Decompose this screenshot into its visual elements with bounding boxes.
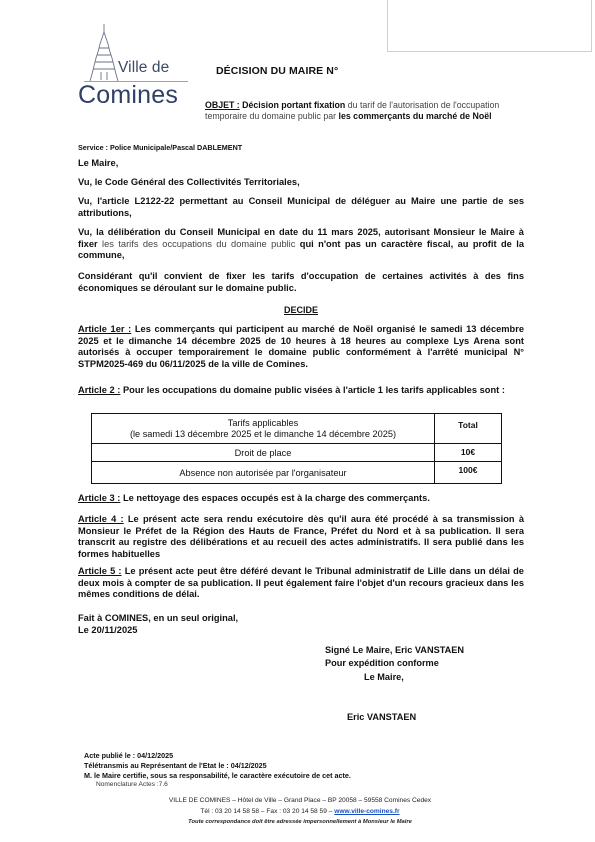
vu-deliberation-text-a: Vu, la délibération du Conseil Municipal… [78, 227, 317, 237]
article-1-label: Article 1er : [78, 324, 131, 334]
objet-label: OBJET : [205, 100, 240, 110]
footer-contact: Tél : 03 20 14 58 58 – Fax : 03 20 14 58… [100, 807, 500, 818]
signe-line: Signé Le Maire, Eric VANSTAEN [325, 644, 464, 657]
deliberation-date: 11 mars 2025 [317, 227, 378, 237]
teletransmission-date: Télétransmis au Représentant de l'Etat l… [84, 761, 351, 771]
ville-de-comines-logo: Ville de Comines [74, 22, 199, 108]
signature-block: Signé Le Maire, Eric VANSTAEN Pour expéd… [325, 644, 464, 684]
tarif-total: 100€ [435, 462, 502, 484]
tarif-total: 10€ [435, 444, 502, 462]
decide-heading: DECIDE [78, 305, 524, 315]
fait-text: Fait à COMINES, en un seul original, [78, 613, 238, 623]
logo-text-ville-de: Ville de [118, 59, 169, 77]
tarifs-header-line1: Tarifs applicables [92, 418, 434, 429]
le-maire-title: Le Maire, [325, 671, 464, 684]
tarifs-header-label: Tarifs applicables (le samedi 13 décembr… [92, 414, 435, 444]
footer-address-block: VILLE DE COMINES – Hôtel de Ville – Gran… [100, 796, 500, 828]
objet-bold-text-2: les commerçants du marché de Noël [339, 111, 492, 121]
document-date: Le 20/11/2025 [78, 625, 137, 635]
fait-a-comines: Fait à COMINES, en un seul original, Le … [78, 612, 524, 636]
article-1-text-b: de la ville de Comines. [206, 359, 308, 369]
article-3: Article 3 : Le nettoyage des espaces occ… [78, 493, 524, 505]
service-line: Service : Police Municipale/Pascal DABLE… [78, 143, 242, 152]
tarifs-table: Tarifs applicables (le samedi 13 décembr… [91, 413, 502, 484]
publication-block: Acte publié le : 04/12/2025 Télétransmis… [84, 751, 351, 780]
certification-statement: M. le Maire certifie, sous sa responsabi… [84, 771, 351, 781]
article-2: Article 2 : Pour les occupations du doma… [78, 385, 524, 397]
considerant-text: Considérant qu'il convient de fixer les … [78, 271, 524, 293]
objet-paragraph: OBJET : Décision portant fixation du tar… [205, 100, 525, 122]
table-row: Absence non autorisée par l'organisateur… [92, 462, 502, 484]
article-3-label: Article 3 : [78, 493, 120, 503]
expedition-line: Pour expédition conforme [325, 657, 464, 670]
objet-bold-text: Décision portant fixation [242, 100, 345, 110]
signatory-name: Eric VANSTAEN [347, 711, 416, 724]
article-2-text: Pour les occupations du domaine public v… [120, 385, 505, 395]
nomenclature: Nomenclature Actes :7.6 [96, 781, 168, 788]
le-maire-text: Le Maire, [78, 158, 118, 168]
article-5: Article 5 : Le présent acte peut être dé… [78, 566, 524, 601]
footer-phone: Tél : 03 20 14 58 58 – Fax : 03 20 14 58… [200, 808, 334, 815]
vu-deliberation: Vu, la délibération du Conseil Municipal… [78, 227, 524, 262]
tarifs-header-total: Total [435, 414, 502, 444]
footer-notice: Toute correspondance doit être adressée … [100, 817, 500, 828]
publication-date: Acte publié le : 04/12/2025 [84, 751, 351, 761]
logo-text-comines: Comines [78, 81, 178, 110]
website-link[interactable]: www.ville-comines.fr [334, 808, 399, 815]
tarif-label: Droit de place [92, 444, 435, 462]
article-1-text-a: Les commerçants qui participent au march… [78, 324, 524, 357]
tarif-label: Absence non autorisée par l'organisateur [92, 462, 435, 484]
registration-stamp-box [387, 0, 592, 52]
article-5-label: Article 5 : [78, 566, 122, 576]
tarifs-table-header: Tarifs applicables (le samedi 13 décembr… [92, 414, 502, 444]
article-4: Article 4 : Le présent acte sera rendu e… [78, 514, 524, 560]
article-4-text: Le présent acte sera rendu exécutoire dè… [78, 514, 524, 559]
considerant: Considérant qu'il convient de fixer les … [78, 271, 524, 294]
article-5-text: Le présent acte peut être déféré devant … [78, 566, 524, 599]
tarifs-header-line2: (le samedi 13 décembre 2025 et le dimanc… [92, 429, 434, 440]
table-row: Droit de place 10€ [92, 444, 502, 462]
le-maire-line: Le Maire, [78, 158, 524, 170]
article-4-label: Article 4 : [78, 514, 124, 524]
vu-cgct-text: Vu, le Code Général des Collectivités Te… [78, 177, 300, 187]
vu-deliberation-text-c: les tarifs des occupations du domaine pu… [102, 239, 295, 249]
vu-article-text: Vu, l'article L2122-22 permettant au Con… [78, 196, 524, 218]
article-3-text: Le nettoyage des espaces occupés est à l… [120, 493, 430, 503]
vu-article-l2122: Vu, l'article L2122-22 permettant au Con… [78, 196, 524, 219]
article-2-label: Article 2 : [78, 385, 120, 395]
document-title: DÉCISION DU MAIRE N° [216, 65, 338, 77]
vu-cgct: Vu, le Code Général des Collectivités Te… [78, 177, 524, 189]
footer-address: VILLE DE COMINES – Hôtel de Ville – Gran… [100, 796, 500, 807]
article-1: Article 1er : Les commerçants qui partic… [78, 324, 524, 370]
